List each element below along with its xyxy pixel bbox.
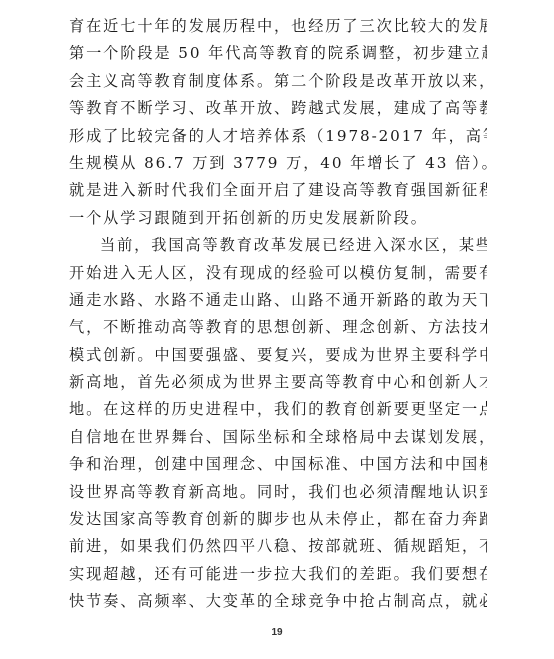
text-line: 自信地在世界舞台、国际坐标和全球格局中去谋划发展，参与竞 bbox=[69, 424, 487, 451]
text-line: 会主义高等教育制度体系。第二个阶段是改革开放以来，我国高 bbox=[69, 68, 487, 95]
text-line: 一个从学习跟随到开拓创新的历史发展新阶段。 bbox=[69, 205, 487, 232]
text-line: 模式创新。中国要强盛、要复兴，要成为世界主要科学中心和创 bbox=[69, 342, 487, 369]
text-line: 第一个阶段是 50 年代高等教育的院系调整，初步建立起我国社 bbox=[69, 40, 487, 67]
text-line: 实现超越，还有可能进一步拉大我们的差距。我们要想在新一轮 bbox=[69, 561, 487, 588]
text-line: 快节奏、高频率、大变革的全球竞争中抢占制高点，就必须有强 bbox=[69, 588, 487, 615]
text-line: 新高地，首先必须成为世界主要高等教育中心和创新人才培养高 bbox=[69, 369, 487, 396]
body-text: 育在近七十年的发展历程中，也经历了三次比较大的发展阶段， 第一个阶段是 50 年… bbox=[69, 13, 487, 616]
text-line: 发达国家高等教育创新的脚步也从未停止，都在奋力奔跑、极速 bbox=[69, 506, 487, 533]
text-line: 争和治理，创建中国理念、中国标准、中国方法和中国模式，建 bbox=[69, 451, 487, 478]
text-line: 前进，如果我们仍然四平八稳、按部就班、循规蹈矩，不仅无法 bbox=[69, 533, 487, 560]
text-line: 育在近七十年的发展历程中，也经历了三次比较大的发展阶段， bbox=[69, 13, 487, 40]
page-number: 19 bbox=[0, 627, 554, 638]
text-line: 地。在这样的历史进程中，我们的教育创新要更坚定一点，要更 bbox=[69, 396, 487, 423]
text-line: 通走水路、水路不通走山路、山路不通开新路的敢为天下先的勇 bbox=[69, 287, 487, 314]
text-line: 开始进入无人区，没有现成的经验可以模仿复制，需要有旱路不 bbox=[69, 260, 487, 287]
text-line: 生规模从 86.7 万到 3779 万，40 年增长了 43 倍）。第三个阶段 bbox=[69, 150, 487, 177]
document-page: 育在近七十年的发展历程中，也经历了三次比较大的发展阶段， 第一个阶段是 50 年… bbox=[0, 0, 554, 659]
text-line: 形成了比较完备的人才培养体系（1978-2017 年，高等教育在校 bbox=[69, 123, 487, 150]
text-line: 气，不断推动高等教育的思想创新、理念创新、方法技术创新和 bbox=[69, 314, 487, 341]
text-line: 就是进入新时代我们全面开启了建设高等教育强国新征程，这是 bbox=[69, 177, 487, 204]
text-line: 等教育不断学习、改革开放、跨越式发展，建成了高等教育大国， bbox=[69, 95, 487, 122]
text-line-paragraph-start: 当前，我国高等教育改革发展已经进入深水区，某些领域也 bbox=[69, 232, 487, 259]
text-line: 设世界高等教育新高地。同时，我们也必须清醒地认识到，世界 bbox=[69, 479, 487, 506]
